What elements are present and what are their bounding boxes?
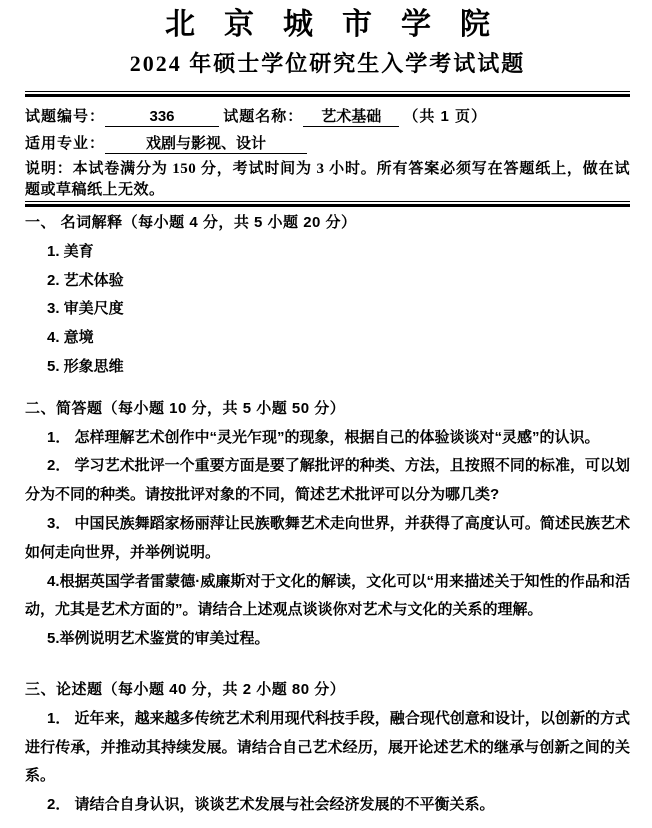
short-answer-question-3: 3． 中国民族舞蹈家杨丽萍让民族歌舞艺术走向世界，并获得了高度认可。简述民族艺术… xyxy=(25,510,630,568)
major-label: 适用专业： xyxy=(25,136,105,152)
exam-instructions: 说明：本试卷满分为 150 分，考试时间为 3 小时。所有答案必须写在答题纸上，… xyxy=(25,159,630,201)
university-title: 北京城市学院 xyxy=(25,6,630,44)
term-item-5: 5. 形象思维 xyxy=(25,353,630,382)
exam-paper-page: 北京城市学院 2024 年硕士学位研究生入学考试试题 试题编号：336 试题名称… xyxy=(0,0,652,828)
section-essay: 三、论述题（每小题 40 分，共 2 小题 80 分） 1． 近年来，越来越多传… xyxy=(25,676,630,820)
section-2-heading: 二、简答题（每小题 10 分，共 5 小题 50 分） xyxy=(25,395,630,424)
short-answer-question-5: 5.举例说明艺术鉴赏的审美过程。 xyxy=(25,625,630,654)
short-answer-question-2: 2． 学习艺术批评一个重要方面是要了解批评的种类、方法，且按照不同的标准，可以划… xyxy=(25,452,630,510)
term-item-4: 4. 意境 xyxy=(25,324,630,353)
term-item-1: 1. 美育 xyxy=(25,238,630,267)
body-divider xyxy=(25,201,630,207)
major-value: 戏剧与影视、设计 xyxy=(105,135,307,154)
exam-number-label: 试题编号： xyxy=(25,109,105,125)
section-term-explanation: 一、 名词解释（每小题 4 分，共 5 小题 20 分） 1. 美育 2. 艺术… xyxy=(25,209,630,382)
short-answer-question-1: 1． 怎样理解艺术创作中“灵光乍现”的现象，根据自己的体验谈谈对“灵感”的认识。 xyxy=(25,424,630,453)
short-answer-question-4: 4.根据英国学者雷蒙德·威廉斯对于文化的解读，文化可以“用来描述关于知性的作品和… xyxy=(25,568,630,626)
essay-question-1: 1． 近年来，越来越多传统艺术利用现代科技手段，融合现代创意和设计，以创新的方式… xyxy=(25,705,630,791)
exam-name-value: 艺术基础 xyxy=(303,108,399,127)
section-short-answer: 二、简答题（每小题 10 分，共 5 小题 50 分） 1． 怎样理解艺术创作中… xyxy=(25,395,630,654)
term-item-3: 3. 审美尺度 xyxy=(25,295,630,324)
exam-subtitle: 2024 年硕士学位研究生入学考试试题 xyxy=(25,49,630,79)
pages-note: （共 1 页） xyxy=(403,108,487,125)
term-item-2: 2. 艺术体验 xyxy=(25,267,630,296)
essay-question-2: 2． 请结合自身认识，谈谈艺术发展与社会经济发展的不平衡关系。 xyxy=(25,791,630,820)
major-row: 适用专业：戏剧与影视、设计 xyxy=(25,131,630,157)
header-top-divider xyxy=(25,91,630,97)
exam-name-label: 试题名称： xyxy=(223,109,303,125)
section-1-heading: 一、 名词解释（每小题 4 分，共 5 小题 20 分） xyxy=(25,209,630,238)
exam-meta-row: 试题编号：336 试题名称：艺术基础 （共 1 页） xyxy=(25,104,630,130)
exam-number-value: 336 xyxy=(105,108,219,127)
section-3-heading: 三、论述题（每小题 40 分，共 2 小题 80 分） xyxy=(25,676,630,705)
